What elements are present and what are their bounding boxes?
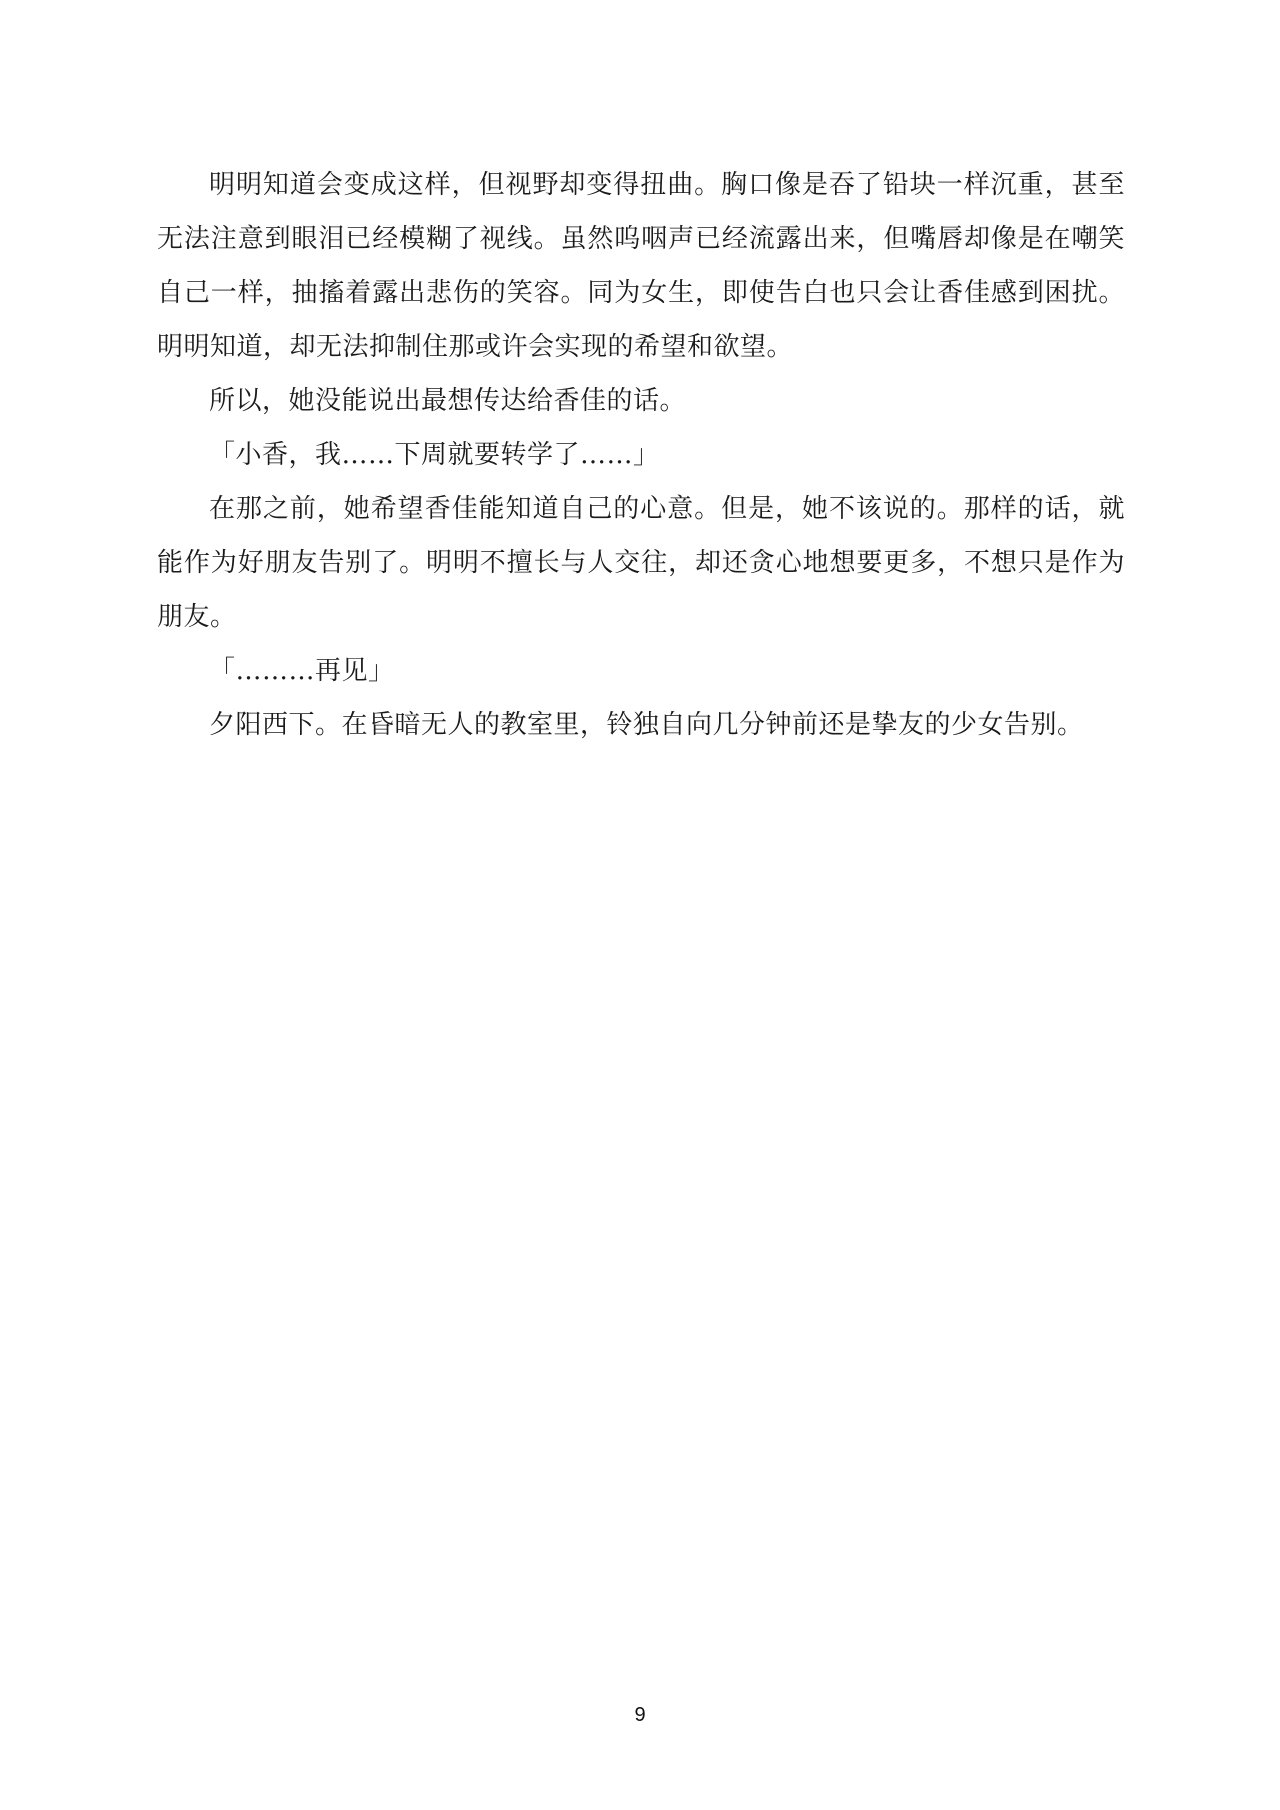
paragraph-1: 明明知道会变成这样，但视野却变得扭曲。胸口像是吞了铅块一样沉重，甚至无法注意到眼…: [157, 158, 1125, 374]
dialogue-line-2: 「………再见」: [157, 644, 1125, 698]
paragraph-2: 所以，她没能说出最想传达给香佳的话。: [157, 374, 1125, 428]
page-number: 9: [0, 1704, 1280, 1727]
dialogue-line-1: 「小香，我……下周就要转学了……」: [157, 428, 1125, 482]
page-body: 明明知道会变成这样，但视野却变得扭曲。胸口像是吞了铅块一样沉重，甚至无法注意到眼…: [157, 158, 1125, 752]
paragraph-4: 夕阳西下。在昏暗无人的教室里，铃独自向几分钟前还是挚友的少女告别。: [157, 698, 1125, 752]
paragraph-3: 在那之前，她希望香佳能知道自己的心意。但是，她不该说的。那样的话，就能作为好朋友…: [157, 482, 1125, 644]
